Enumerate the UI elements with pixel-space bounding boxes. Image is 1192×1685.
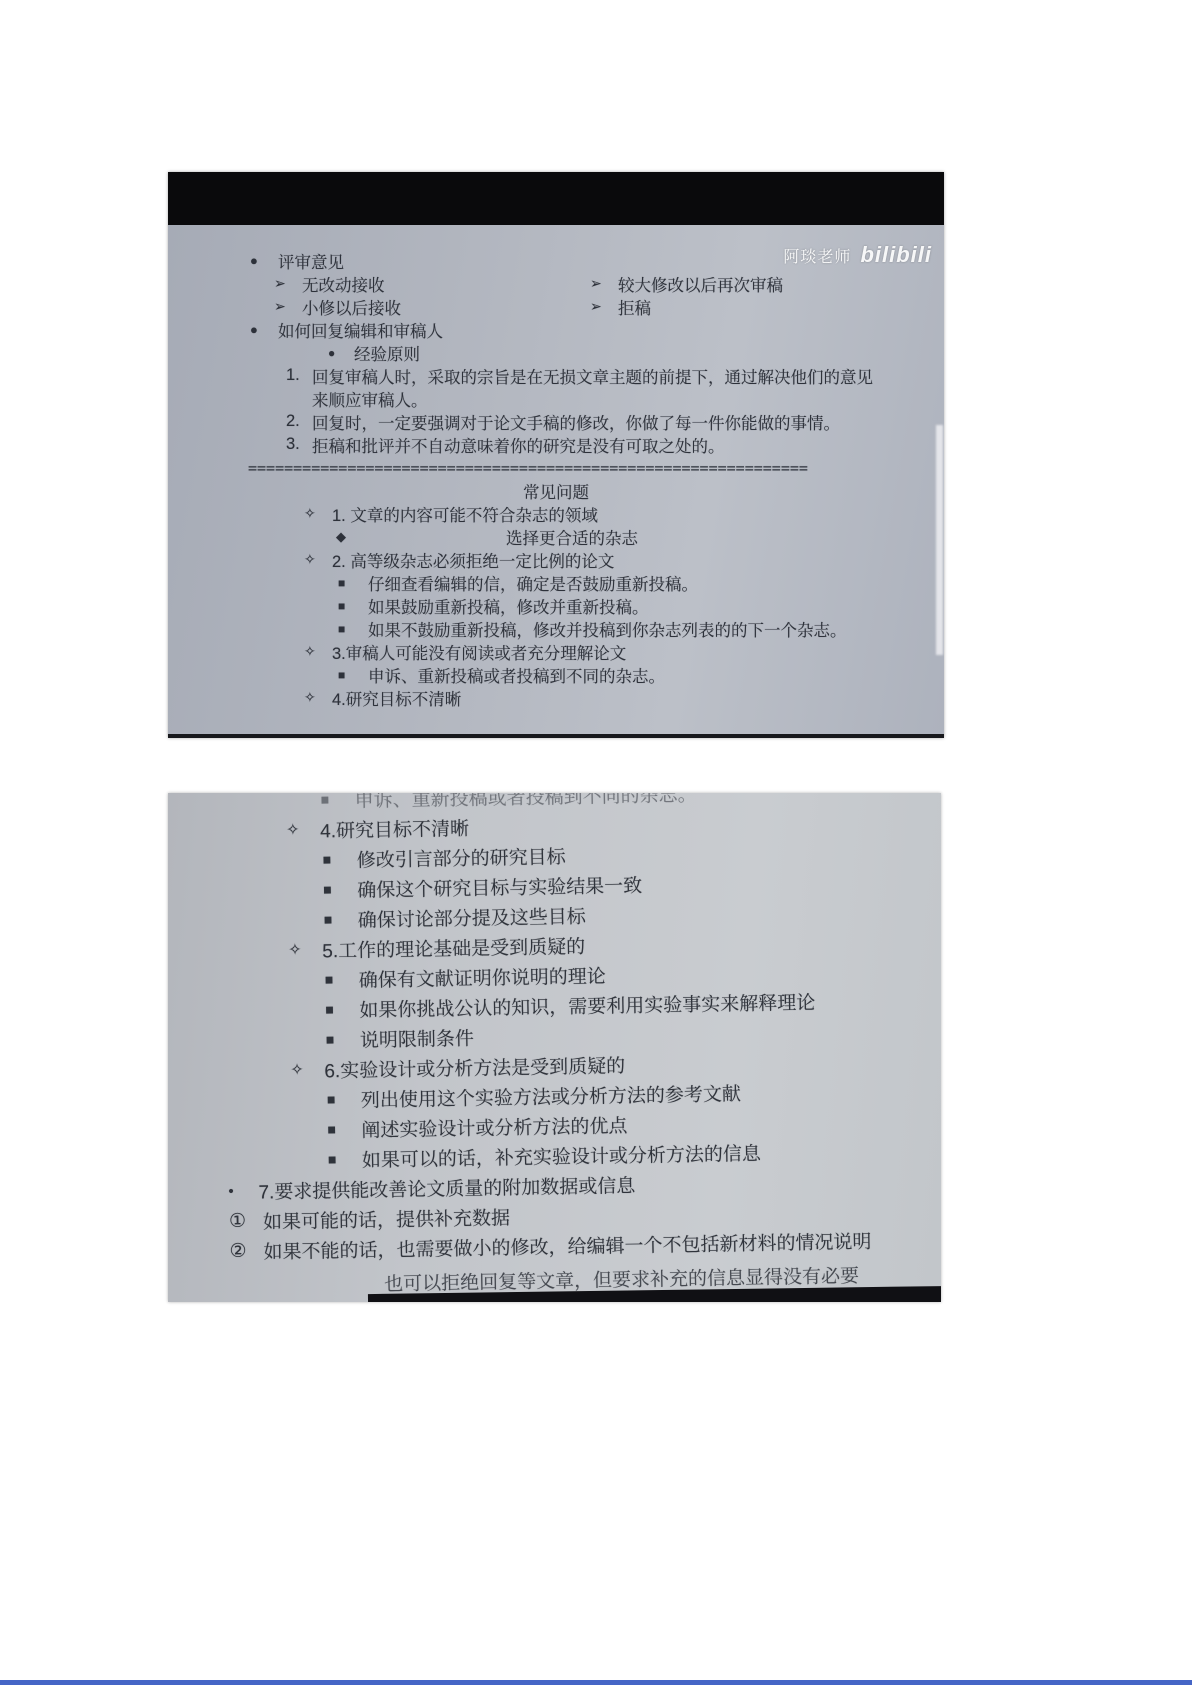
page-canvas: 阿琰老师 bilibili ● 评审意见 ➢ 无改动接收 ➢ 较大修改以后再次审…	[0, 0, 1192, 1685]
doc-line: ========================================…	[248, 456, 944, 479]
doc-line: 2. 回复时，一定要强调对于论文手稿的修改，你做了每一件你能做的事情。	[286, 410, 944, 433]
doc-line: ✧ 3.审稿人可能没有阅读或者充分理解论文	[304, 640, 944, 663]
line-text: 4.研究目标不清晰	[332, 686, 461, 710]
line-text: 较大修改以后再次审稿	[618, 272, 783, 296]
bullet-icon: ■	[325, 1001, 359, 1018]
bullet-icon: •	[228, 1182, 258, 1200]
doc-line: 来顺应审稿人。	[312, 387, 944, 410]
line-text: 常见问题	[523, 479, 589, 503]
doc-line: ◆ 选择更合适的杂志	[336, 525, 944, 548]
line-text: 阐述实验设计或分析方法的优点	[361, 1111, 627, 1143]
line-text: 确保这个研究目标与实验结果一致	[357, 870, 642, 902]
line-text: 确保讨论部分提及这些目标	[357, 901, 585, 932]
bottom-accent-bar	[0, 1680, 1192, 1685]
bullet-icon: ■	[338, 576, 368, 590]
doc-line: ➢ 无改动接收 ➢ 较大修改以后再次审稿	[274, 272, 944, 295]
bullet-icon: ✧	[288, 939, 322, 960]
bullet-icon: ■	[321, 793, 355, 807]
doc-line: 常见问题	[168, 479, 944, 502]
bullet-icon: ■	[323, 881, 357, 898]
line-text: ========================================…	[248, 459, 808, 477]
bullet-icon: ■	[338, 668, 368, 682]
video-letterbox-top	[168, 172, 944, 225]
doc-line: ✧ 1. 文章的内容可能不符合杂志的领域	[304, 502, 944, 525]
bullet-icon: ①	[229, 1209, 263, 1233]
bullet-icon: ■	[326, 1031, 360, 1048]
bullet-icon: ●	[250, 253, 278, 268]
doc-line-col2: ➢ 拒稿	[590, 295, 651, 319]
bullet-icon: ◆	[336, 529, 356, 545]
bullet-icon: 1.	[286, 366, 312, 385]
line-text: 回复审稿人时，采取的宗旨是在无损文章主题的前提下，通过解决他们的意见	[312, 364, 873, 388]
bullet-icon: ●	[250, 322, 278, 337]
bullet-icon: ■	[327, 1091, 361, 1108]
slide-photo-1: 阿琰老师 bilibili ● 评审意见 ➢ 无改动接收 ➢ 较大修改以后再次审…	[168, 172, 944, 738]
line-text: 2. 高等级杂志必须拒绝一定比例的论文	[332, 548, 614, 572]
line-text: 经验原则	[354, 341, 420, 365]
doc-line: ● 经验原则	[328, 341, 944, 364]
line-text: 如果不鼓励重新投稿，修改并投稿到你杂志列表的的下一个杂志。	[368, 617, 847, 641]
line-text: 仔细查看编辑的信，确定是否鼓励重新投稿。	[368, 571, 698, 595]
bullet-icon: ✧	[304, 689, 332, 706]
line-text: 如何回复编辑和审稿人	[278, 318, 443, 342]
bullet-icon: ■	[338, 622, 368, 636]
slide2-content: ■ 申诉、重新投稿或者投稿到不同的杂志。 ✧ 4.研究目标不清晰 ■ 修改引言部…	[168, 793, 941, 1302]
line-text: 修改引言部分的研究目标	[356, 842, 565, 873]
line-text: 拒稿和批评并不自动意味着你的研究是没有可取之处的。	[312, 433, 725, 457]
slide1-page: 阿琰老师 bilibili ● 评审意见 ➢ 无改动接收 ➢ 较大修改以后再次审…	[168, 225, 944, 734]
bullet-icon: 3.	[286, 435, 312, 454]
line-text: 6.实验设计或分析方法是受到质疑的	[324, 1051, 625, 1083]
bullet-icon: ✧	[304, 551, 332, 568]
slide-photo-2: ■ 申诉、重新投稿或者投稿到不同的杂志。 ✧ 4.研究目标不清晰 ■ 修改引言部…	[168, 793, 941, 1302]
line-text: 如果鼓励重新投稿，修改并重新投稿。	[368, 594, 649, 618]
bullet-icon: ②	[229, 1239, 263, 1263]
doc-line: 1. 回复审稿人时，采取的宗旨是在无损文章主题的前提下，通过解决他们的意见	[286, 364, 944, 387]
line-text: 评审意见	[278, 249, 344, 273]
bullet-icon: ●	[328, 346, 354, 360]
line-text: 3.审稿人可能没有阅读或者充分理解论文	[332, 640, 626, 664]
doc-line: ➢ 小修以后接收 ➢ 拒稿	[274, 295, 944, 318]
bullet-icon: ➢	[274, 298, 302, 315]
doc-line: ✧ 2. 高等级杂志必须拒绝一定比例的论文	[304, 548, 944, 571]
doc-line: ■ 申诉、重新投稿或者投稿到不同的杂志。	[338, 663, 944, 686]
doc-line: ● 如何回复编辑和审稿人	[250, 318, 944, 341]
bullet-icon: ➢	[274, 275, 302, 292]
bullet-icon: ✧	[286, 819, 320, 840]
doc-line: ■ 如果不鼓励重新投稿，修改并投稿到你杂志列表的的下一个杂志。	[338, 617, 944, 640]
bullet-icon: ✧	[304, 505, 332, 522]
line-text: 无改动接收	[302, 272, 385, 296]
line-text: 回复时，一定要强调对于论文手稿的修改，你做了每一件你能做的事情。	[312, 410, 840, 434]
doc-line: ■ 如果鼓励重新投稿，修改并重新投稿。	[338, 594, 944, 617]
paper-edge-highlight	[936, 425, 943, 655]
line-text: 4.研究目标不清晰	[320, 813, 469, 843]
line-text: 申诉、重新投稿或者投稿到不同的杂志。	[368, 663, 665, 687]
line-text: 说明限制条件	[360, 1023, 474, 1052]
bullet-icon: ■	[328, 1151, 362, 1168]
doc-line: 3. 拒稿和批评并不自动意味着你的研究是没有可取之处的。	[286, 433, 944, 456]
bullet-icon: ■	[327, 1121, 361, 1138]
slide1-content: ● 评审意见 ➢ 无改动接收 ➢ 较大修改以后再次审稿 ➢ 小修以后接收	[168, 225, 944, 709]
line-text: 1. 文章的内容可能不符合杂志的领域	[332, 502, 598, 526]
bullet-icon: ■	[323, 851, 357, 868]
doc-line-col2: ➢ 较大修改以后再次审稿	[590, 272, 783, 296]
line-text: 小修以后接收	[302, 295, 401, 319]
bullet-icon: ✧	[304, 643, 332, 660]
bullet-icon: ■	[324, 911, 358, 928]
bullet-icon: 2.	[286, 412, 312, 431]
bullet-icon: ■	[338, 599, 368, 613]
line-text: 确保有文献证明你说明的理论	[359, 961, 606, 992]
bullet-icon: ➢	[590, 298, 618, 315]
bullet-icon: ■	[325, 971, 359, 988]
video-letterbox-bottom	[168, 734, 944, 738]
doc-line: ✧ 4.研究目标不清晰	[304, 686, 944, 709]
line-text: 选择更合适的杂志	[506, 525, 638, 549]
doc-line: ■ 仔细查看编辑的信，确定是否鼓励重新投稿。	[338, 571, 944, 594]
bullet-icon: ✧	[290, 1059, 324, 1080]
line-text: 来顺应审稿人。	[312, 387, 428, 411]
line-text: 5.工作的理论基础是受到质疑的	[322, 931, 585, 963]
line-text: 拒稿	[618, 295, 651, 319]
doc-line: ● 评审意见	[250, 249, 944, 272]
bullet-icon: ➢	[590, 275, 618, 292]
line-text: 如果可能的话，提供补充数据	[263, 1203, 510, 1234]
